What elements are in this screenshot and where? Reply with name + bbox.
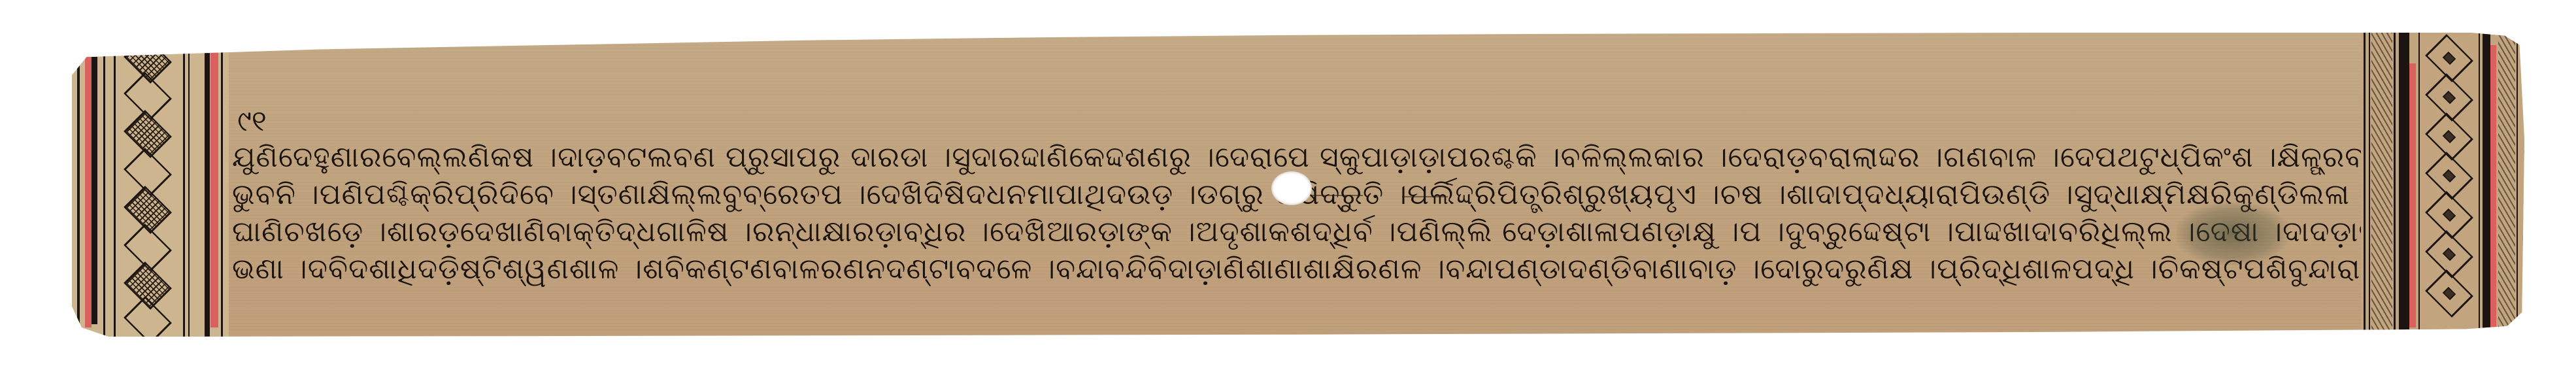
border-rule — [2399, 33, 2409, 337]
border-rule — [2394, 33, 2396, 337]
dotted-diamond-icon — [2425, 269, 2473, 318]
dotted-diamond-icon — [2425, 73, 2473, 122]
guide-stroke — [1311, 195, 1363, 196]
decorated-border-left — [72, 33, 229, 337]
border-rule — [2483, 33, 2490, 337]
border-rule — [205, 33, 210, 337]
dotted-diamond-icon — [2425, 230, 2473, 278]
border-rule — [2369, 33, 2370, 337]
border-rule — [183, 33, 185, 337]
dotted-diamond-icon — [2425, 191, 2473, 239]
binding-hole — [1271, 171, 1312, 205]
dotted-diamond-icon — [2425, 152, 2473, 200]
red-border-stripe — [210, 45, 218, 327]
dotted-diamond-icon — [2425, 34, 2473, 82]
hatched-border-strip — [2371, 33, 2392, 337]
folio-number: ୯୧ — [237, 105, 267, 138]
border-rule — [92, 57, 97, 324]
text-line-1: ଯୁଣିଦେହୁଣାରବେଲ୍ଲଣିକଷ ।ଦାଡ଼ବଟଲବଣ ପ୍ରୁସାପର… — [232, 141, 2576, 174]
border-rule — [103, 33, 105, 337]
ink-stain — [2177, 203, 2288, 265]
border-rule — [188, 33, 190, 337]
guide-stroke — [1402, 196, 1448, 197]
diamond-icon — [124, 296, 172, 344]
red-border-stripe — [85, 45, 92, 327]
hatched-border-strip — [2498, 33, 2515, 337]
diamond-ornament-column — [115, 37, 180, 333]
dotted-diamond-icon — [2425, 112, 2473, 161]
red-border-stripe — [2490, 45, 2496, 327]
red-border-stripe — [2409, 63, 2416, 328]
border-rule — [77, 33, 80, 337]
border-rule — [2479, 33, 2480, 337]
border-rule — [221, 33, 223, 337]
border-rule — [2364, 33, 2366, 337]
palm-leaf: ୯୧ ଯୁଣିଦେହୁଣାରବେଲ୍ଲଣିକଷ ।ଦାଡ଼ବଟଲବଣ ପ୍ରୁସ… — [72, 33, 2524, 337]
diamond-ornament-column — [2420, 37, 2479, 333]
decorated-border-right — [2361, 33, 2524, 337]
border-rule — [2517, 33, 2518, 337]
